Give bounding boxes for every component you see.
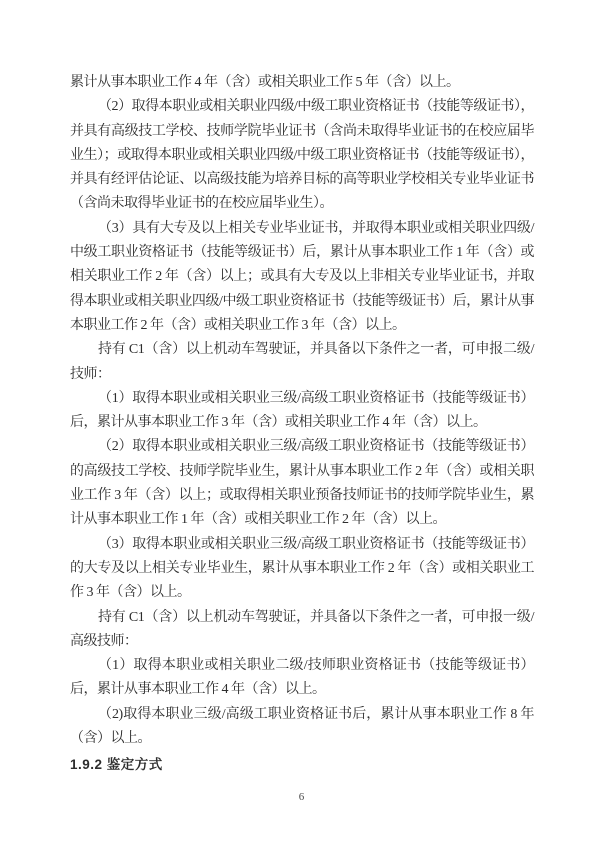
paragraph: （2)取得本职业三级/高级工职业资格证书后，累计从事本职业工作 8 年（含）以上… — [70, 703, 534, 752]
document-body: 累计从事本职业工作 4 年（含）或相关职业工作 5 年（含）以上。（2）取得本职… — [70, 71, 534, 778]
paragraph: 持有 C1（含）以上机动车驾驶证，并具备以下条件之一者，可申报一级/高级技师： — [70, 606, 534, 655]
paragraph: （1）取得本职业或相关职业三级/高级工职业资格证书（技能等级证书）后，累计从事本… — [70, 387, 534, 436]
page-number: 6 — [0, 791, 603, 803]
paragraph: （1）取得本职业或相关职业二级/技师职业资格证书（技能等级证书）后，累计从事本职… — [70, 654, 534, 703]
section-heading: 1.9.2 鉴定方式 — [70, 753, 534, 777]
document-page: 累计从事本职业工作 4 年（含）或相关职业工作 5 年（含）以上。（2）取得本职… — [0, 0, 603, 851]
paragraph: （2）取得本职业或相关职业三级/高级工职业资格证书（技能等级证书）的高级技工学校… — [70, 435, 534, 532]
paragraph: 持有 C1（含）以上机动车驾驶证，并具备以下条件之一者，可申报二级/技师： — [70, 338, 534, 387]
paragraph: （3）取得本职业或相关职业三级/高级工职业资格证书（技能等级证书）的大专及以上相… — [70, 533, 534, 606]
paragraph: （2）取得本职业或相关职业四级/中级工职业资格证书（技能等级证书），并具有高级技… — [70, 95, 534, 216]
paragraph: 累计从事本职业工作 4 年（含）或相关职业工作 5 年（含）以上。 — [70, 71, 534, 95]
paragraph: （3）具有大专及以上相关专业毕业证书，并取得本职业或相关职业四级/中级工职业资格… — [70, 217, 534, 338]
